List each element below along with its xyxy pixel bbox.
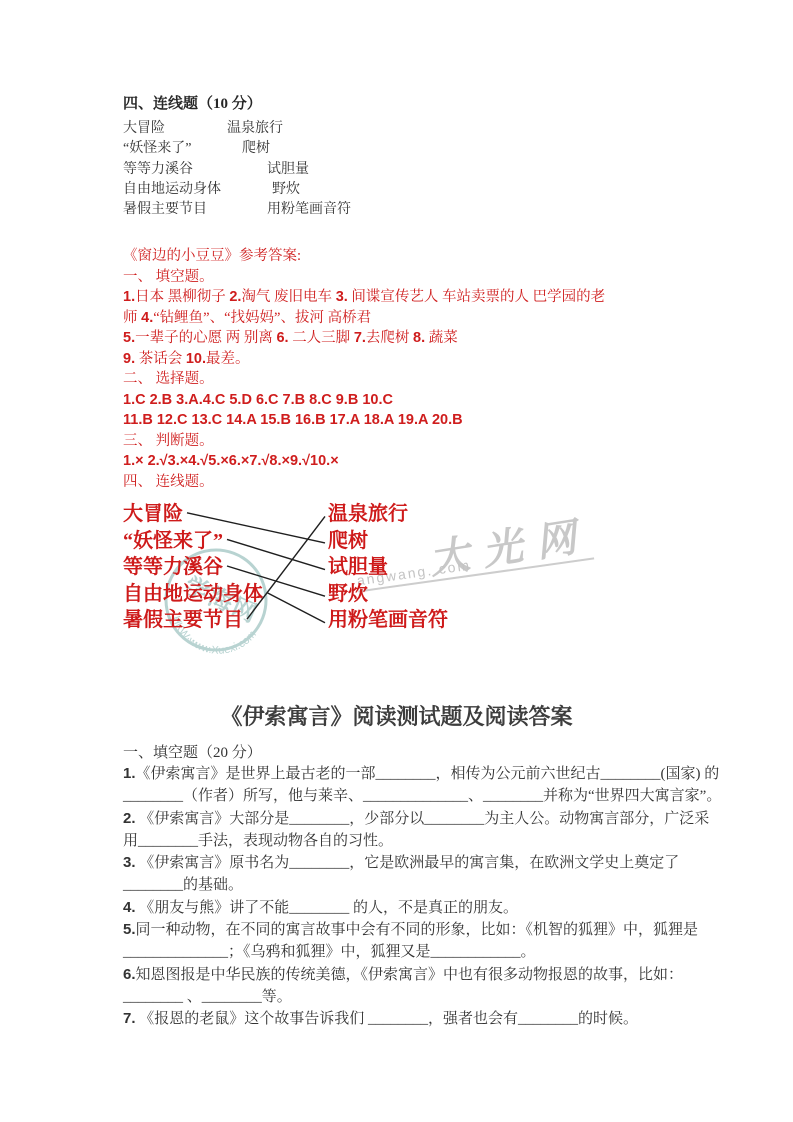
matching-right-item: 用粉笔画音符 <box>267 198 351 218</box>
question-line: ______________；《乌鸦和狐狸》中，狐狸又是____________… <box>123 941 721 963</box>
matching-answer-left-item: 自由地运动身体 <box>123 582 263 606</box>
aesop-question-list: 1.《伊索寓言》是世界上最古老的一部________，相传为公元前六世纪古___… <box>123 763 721 1031</box>
matching-question-list: 大冒险 温泉旅行 “妖怪来了” 爬树 等等力溪谷 试胆量 自由地运动身体 野炊 … <box>123 117 543 218</box>
question-line: 2. 《伊索寓言》大部分是________，少部分以________为主人公。动… <box>123 808 721 830</box>
document-page: 四、连线题（10 分） 大冒险 温泉旅行 “妖怪来了” 爬树 等等力溪谷 试胆量… <box>0 0 793 1122</box>
matching-question-row: 暑假主要节目 用粉笔画音符 <box>123 198 543 218</box>
matching-question-row: 自由地运动身体 野炊 <box>123 178 543 198</box>
answers-subheading-judge: 三、 判断题。 <box>123 431 605 452</box>
matching-answer-right-item: 温泉旅行 <box>328 502 408 526</box>
reference-answers-block: 《窗边的小豆豆》参考答案: 一、 填空题。 1.日本 黑柳彻子 2.淘气 废旧电… <box>123 246 605 492</box>
matching-left-item: 大冒险 <box>123 117 165 137</box>
answers-subheading-matching: 四、 连线题。 <box>123 472 605 493</box>
question-line: 用________手法，表现动物各自的习性。 <box>123 830 721 852</box>
matching-answer-right-item: 野炊 <box>328 582 368 606</box>
answers-subheading-fill: 一、 填空题。 <box>123 267 605 288</box>
answers-subheading-choice: 二、 选择题。 <box>123 369 605 390</box>
answers-title: 《窗边的小豆豆》参考答案: <box>123 246 605 267</box>
matching-question-row: 等等力溪谷 试胆量 <box>123 158 543 178</box>
answer-line: 1.日本 黑柳彻子 2.淘气 废旧电车 3. 间谍宣传艺人 车站卖票的人 巴学园… <box>123 287 605 308</box>
matching-left-item: 暑假主要节目 <box>123 198 207 218</box>
question-line: 4. 《朋友与熊》讲了不能________ 的人，不是真正的朋友。 <box>123 897 721 919</box>
question-line: 7. 《报恩的老鼠》这个故事告诉我们 ________，强者也会有_______… <box>123 1008 721 1030</box>
question-line: 1.《伊索寓言》是世界上最古老的一部________，相传为公元前六世纪古___… <box>123 763 721 785</box>
answer-line: 1.C 2.B 3.A.4.C 5.D 6.C 7.B 8.C 9.B 10.C <box>123 390 605 411</box>
answer-line: 师 4.“钻鲤鱼”、“找妈妈”、拔河 高桥君 <box>123 308 605 329</box>
matching-question-row: 大冒险 温泉旅行 <box>123 117 543 137</box>
matching-question-heading: 四、连线题（10 分） <box>123 92 262 113</box>
answer-line: 5.一辈子的心愿 两 别离 6. 二人三脚 7.去爬树 8. 蔬菜 <box>123 328 605 349</box>
aesop-section-title: 《伊索寓言》阅读测试题及阅读答案 <box>0 700 793 731</box>
matching-answer-right-item: 试胆量 <box>328 555 388 579</box>
matching-answer-left-item: “妖怪来了” <box>123 529 223 553</box>
answer-line: 11.B 12.C 13.C 14.A 15.B 16.B 17.A 18.A … <box>123 410 605 431</box>
matching-answer-left-item: 等等力溪谷 <box>123 555 223 579</box>
matching-answer-right-item: 用粉笔画音符 <box>328 608 448 632</box>
matching-answer-right-item: 爬树 <box>328 529 368 553</box>
matching-right-item: 野炊 <box>272 178 300 198</box>
question-line: ________（作者）所写，他与莱辛、______________、_____… <box>123 785 721 807</box>
matching-left-item: 自由地运动身体 <box>123 178 221 198</box>
aesop-fill-heading: 一、填空题（20 分） <box>123 741 262 762</box>
answer-line: 9. 茶话会 10.最差。 <box>123 349 605 370</box>
matching-answer-left-item: 大冒险 <box>123 502 183 526</box>
question-line: 3. 《伊索寓言》原书名为________，它是欧洲最早的寓言集，在欧洲文学史上… <box>123 852 721 874</box>
matching-answer-block: 大冒险 “妖怪来了” 等等力溪谷 自由地运动身体 暑假主要节目 温泉旅行 爬树 … <box>0 498 793 646</box>
matching-right-item: 试胆量 <box>267 158 309 178</box>
question-line: 5.同一种动物，在不同的寓言故事中会有不同的形象，比如：《机智的狐狸》中，狐狸是 <box>123 919 721 941</box>
matching-right-item: 爬树 <box>242 137 270 157</box>
matching-question-row: “妖怪来了” 爬树 <box>123 137 543 157</box>
matching-answer-left-item: 暑假主要节目 <box>123 608 243 632</box>
matching-right-item: 温泉旅行 <box>227 117 283 137</box>
answer-line: 1.× 2.√3.×4.√5.×6.×7.√8.×9.√10.× <box>123 451 605 472</box>
matching-left-item: “妖怪来了” <box>123 137 191 157</box>
question-line: ________ 、________等。 <box>123 986 721 1008</box>
question-line: ________的基础。 <box>123 874 721 896</box>
question-line: 6.知恩图报是中华民族的传统美德，《伊索寓言》中也有很多动物报恩的故事，比如： <box>123 964 721 986</box>
matching-left-item: 等等力溪谷 <box>123 158 193 178</box>
